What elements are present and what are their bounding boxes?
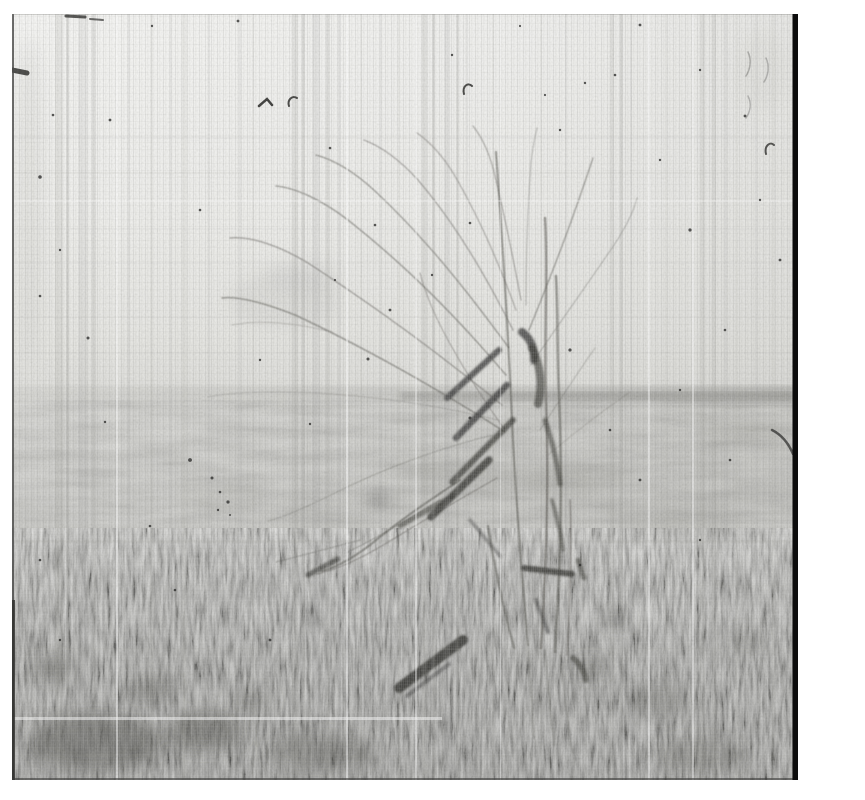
film-edge-right-black-strip — [793, 14, 799, 780]
film-edge-left-dark — [12, 600, 15, 780]
film-grain-overlay — [12, 14, 798, 780]
photograph — [12, 14, 798, 780]
photo-canvas — [12, 14, 798, 780]
film-edge-bottom — [12, 778, 798, 780]
page-root — [0, 0, 865, 800]
film-edge-top — [12, 14, 798, 15]
